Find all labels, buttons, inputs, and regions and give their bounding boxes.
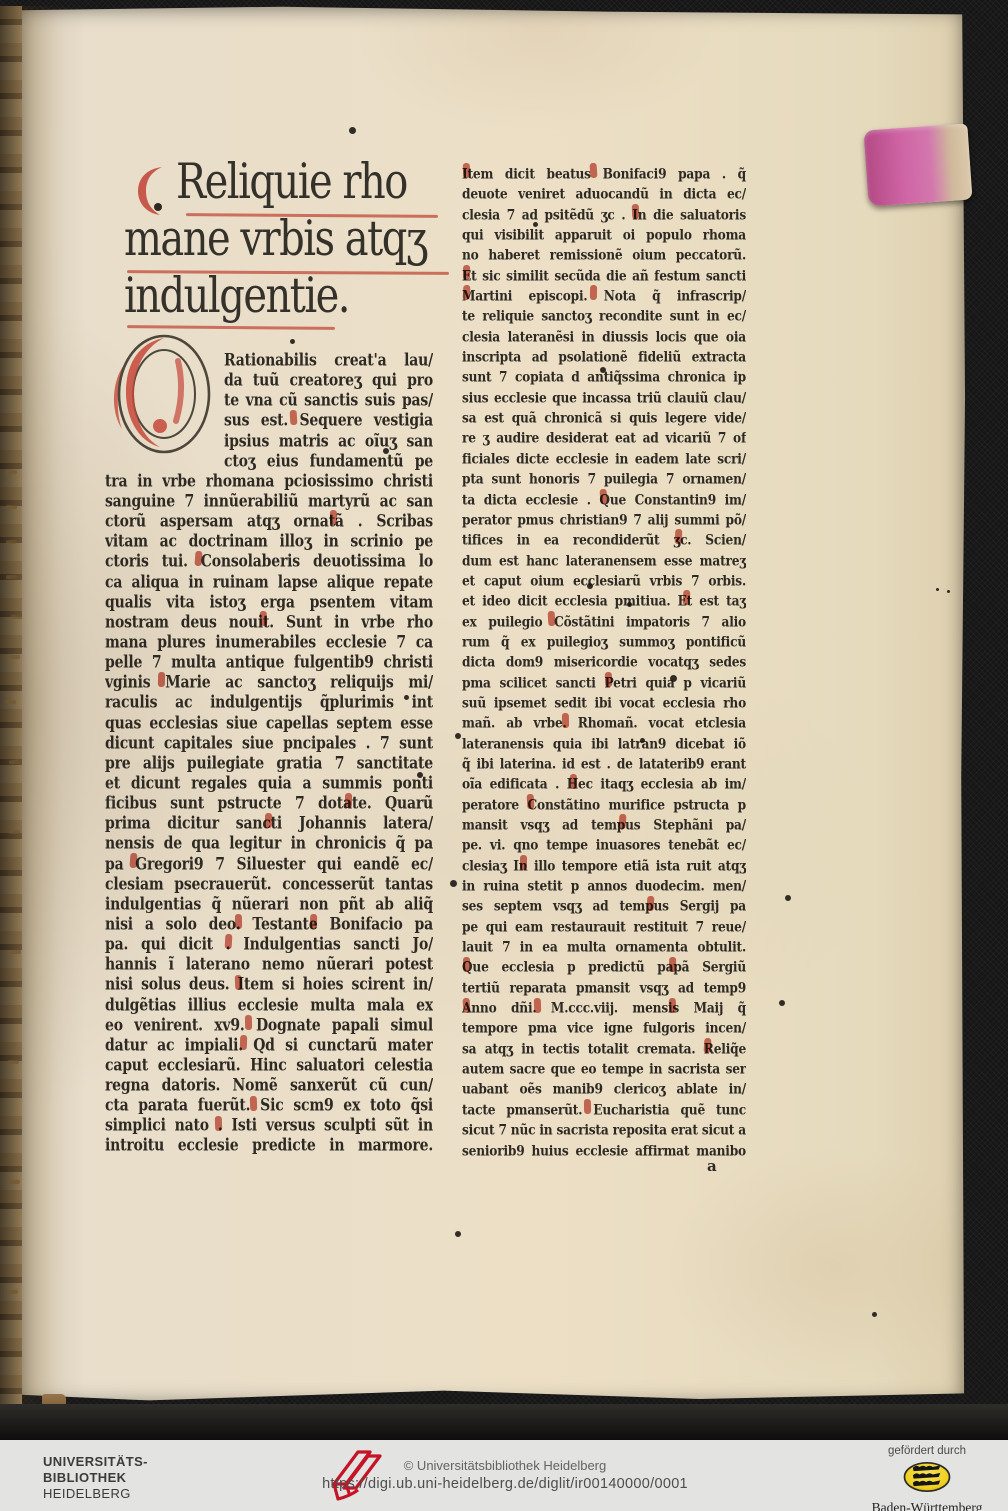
footer-attribution: © Universitätsbibliothek Heidelberg http…	[180, 1458, 830, 1492]
rubrication-mark	[527, 794, 535, 809]
rubrication-mark	[245, 1015, 252, 1030]
rubrication-mark	[548, 611, 556, 626]
rubrication-mark	[235, 914, 242, 929]
rubrication-mark	[590, 285, 597, 300]
ink-speck	[670, 675, 677, 682]
rubrication-mark	[589, 163, 597, 178]
gutter-annotation-mark	[7, 1290, 18, 1294]
ink-speck	[872, 1312, 877, 1317]
gutter-annotation-mark	[6, 540, 17, 545]
rubrication-mark	[675, 529, 683, 544]
gutter-annotation-mark	[6, 470, 17, 475]
rubrication-mark	[462, 998, 470, 1013]
rubrication-mark	[194, 551, 202, 566]
viewer-footer: UNIVERSITÄTS- BIBLIOTHEK HEIDELBERG © Un…	[0, 1440, 1008, 1511]
rubrication-mark	[669, 998, 677, 1013]
source-url[interactable]: https://digi.ub.uni-heidelberg.de/diglit…	[180, 1476, 830, 1492]
gutter-annotation-mark	[6, 505, 17, 510]
rubrication-mark	[463, 957, 470, 972]
gutter-annotation-mark	[11, 615, 22, 620]
text-line: introitu ecclesie predicte in marmore.	[105, 1134, 433, 1158]
rubrication-mark	[260, 611, 268, 626]
rubrication-mark	[669, 957, 677, 972]
page-edge-stack	[0, 6, 22, 1404]
gutter-annotation-mark	[5, 700, 16, 704]
copyright-text: © Universitätsbibliothek Heidelberg	[180, 1458, 830, 1473]
ink-speck	[290, 339, 295, 344]
ink-speck	[417, 772, 423, 778]
gutter-annotation-mark	[9, 760, 20, 765]
library-name-line: BIBLIOTHEK	[43, 1470, 148, 1486]
gutter-annotation-mark	[9, 1180, 20, 1184]
rubrication-mark	[534, 998, 542, 1013]
ink-speck	[587, 583, 593, 589]
rubrication-mark	[632, 204, 640, 219]
rubrication-mark	[129, 853, 137, 868]
rubrication-mark	[330, 510, 337, 525]
text-column-left: Rationabilis creat'a lau/da tuũ creatore…	[105, 349, 433, 1155]
rubrication-mark	[225, 934, 233, 949]
library-name-line: UNIVERSITÄTS-	[43, 1454, 148, 1470]
rubrication-mark	[703, 1038, 711, 1053]
rubrication-mark	[584, 1099, 591, 1114]
ink-speck	[640, 738, 645, 743]
quire-signature: a	[707, 1157, 717, 1175]
ink-speck	[404, 695, 409, 700]
ink-speck	[349, 127, 356, 134]
rubrication-mark	[463, 163, 471, 178]
state-name: Baden-Württemberg	[852, 1500, 1002, 1511]
rubrication-mark	[618, 814, 626, 829]
rubrication-mark	[562, 713, 569, 728]
rubrication-mark	[235, 975, 243, 990]
rubrication-mark	[463, 265, 470, 280]
ink-speck	[779, 1000, 785, 1006]
gutter-annotation-mark	[9, 830, 20, 834]
rubrication-mark	[250, 1096, 258, 1111]
gutter-annotation-mark	[6, 575, 17, 579]
text-column-right: Item dicit beatus Bonifaci9 papa . q̃deu…	[462, 162, 746, 1159]
rubrication-mark	[463, 285, 471, 300]
rubrication-mark	[265, 813, 272, 828]
rubrication-mark	[290, 410, 298, 425]
rubrication-mark	[240, 1035, 248, 1050]
gutter-annotation-mark	[8, 1060, 19, 1064]
ink-speck	[627, 602, 632, 607]
ink-speck	[383, 448, 389, 454]
baden-wuerttemberg-crest-icon	[852, 1460, 1002, 1499]
rubrication-mark	[520, 855, 527, 870]
gutter-annotation-mark	[9, 655, 20, 659]
ink-speck	[785, 895, 791, 901]
gutter-shadow	[16, 6, 86, 1406]
rubrication-mark	[599, 489, 607, 504]
rubrication-mark	[647, 896, 655, 911]
funding-label: gefördert durch	[852, 1445, 1002, 1457]
rubrication-mark	[605, 672, 613, 687]
text-line: seniorib9 huius ecclesie affirmat manibo	[462, 1139, 746, 1163]
rubrication-mark	[570, 774, 577, 789]
ink-speck	[455, 733, 461, 739]
library-name-line: HEIDELBERG	[43, 1486, 148, 1502]
ink-speck	[947, 590, 950, 593]
book-cover-edge	[0, 1404, 1008, 1440]
bookmark-tab	[863, 123, 972, 206]
rubrication-mark	[215, 1116, 223, 1131]
scanned-book-viewer: Reliquie rho mane vrbis atqʒ indulgentie…	[0, 0, 1008, 1511]
rubrication-mark	[683, 590, 691, 605]
ink-speck	[936, 588, 939, 591]
gutter-annotation-mark	[10, 950, 21, 954]
rubrication-mark	[158, 672, 165, 687]
rubrication-mark	[310, 914, 318, 929]
page-heading: Reliquie rho mane vrbis atqʒ indulgentie…	[124, 148, 474, 319]
ink-speck	[600, 367, 606, 373]
rubrication-mark	[345, 793, 352, 808]
ink-speck	[533, 222, 538, 227]
library-name: UNIVERSITÄTS- BIBLIOTHEK HEIDELBERG	[43, 1454, 148, 1502]
ink-speck	[455, 1231, 461, 1237]
ink-speck	[450, 880, 457, 887]
funding-credit: gefördert durch Baden-Württ	[852, 1445, 1002, 1511]
